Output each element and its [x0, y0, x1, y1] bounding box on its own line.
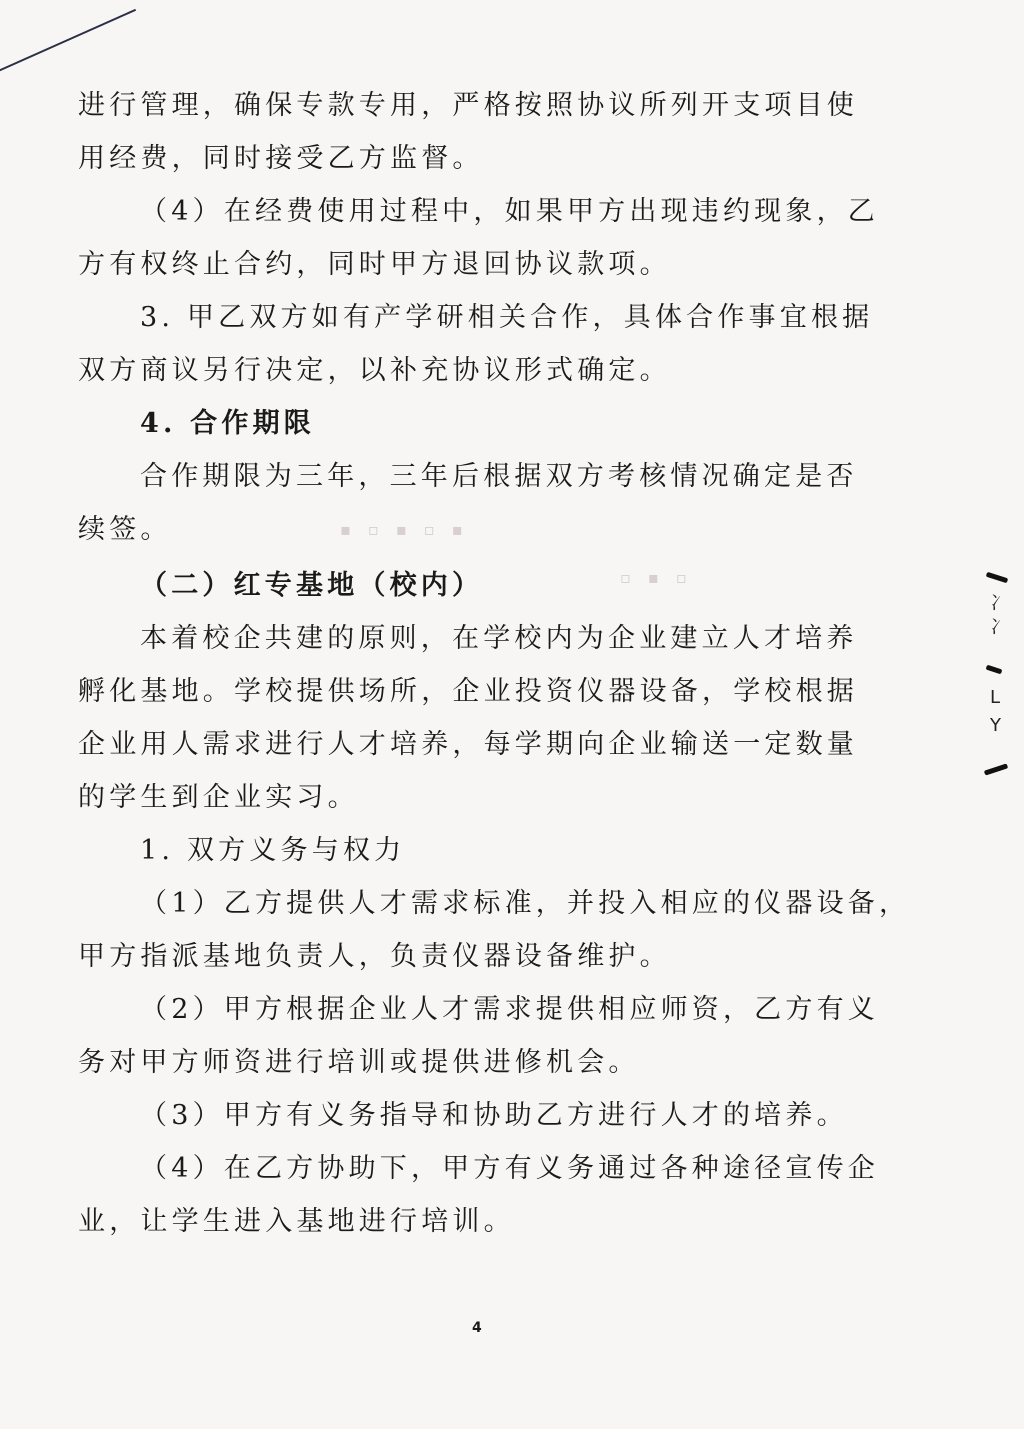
paragraph-line: （4）在经费使用过程中，如果甲方出现违约现象，乙 — [78, 198, 879, 225]
paragraph-line: （1）乙方提供人才需求标准，并投入相应的仪器设备， — [78, 890, 910, 917]
paragraph-line: 3. 甲乙双方如有产学研相关合作，具体合作事宜根据 — [78, 304, 873, 331]
paragraph-line: 双方商议另行决定，以补充协议形式确定。 — [78, 357, 671, 384]
stamp-bracket-mid — [986, 665, 1003, 675]
paragraph-line: 方有权终止合约，同时甲方退回协议款项。 — [78, 251, 671, 278]
paragraph-line: （3）甲方有义务指导和协助乙方进行人才的培养。 — [78, 1102, 848, 1129]
bleed-through-text: ▫ ▪ ▫ — [620, 568, 693, 587]
stamp-glyph: 冫 — [990, 589, 1008, 615]
paragraph-line: 进行管理，确保专款专用，严格按照协议所列开支项目使 — [78, 92, 858, 119]
page-edge-line — [0, 9, 136, 80]
stamp-glyph: Y — [990, 715, 1001, 736]
page-number: 4 — [472, 1320, 482, 1336]
bleed-through-text: ▪ ▫ ▪ ▫ ▪ — [340, 520, 469, 539]
paragraph-line: 续签。 — [78, 516, 172, 543]
paragraph-line: 业，让学生进入基地进行培训。 — [78, 1208, 515, 1235]
paragraph-line: 孵化基地。学校提供场所，企业投资仪器设备，学校根据 — [78, 678, 858, 705]
section-heading: 4. 合作期限 — [78, 410, 315, 437]
stamp-glyph: 冫 — [990, 613, 1008, 639]
paragraph-line: 务对甲方师资进行培训或提供进修机会。 — [78, 1049, 640, 1076]
seal-stamp-edge: 冫 冫 L Y — [982, 575, 1022, 785]
stamp-glyph: L — [990, 687, 1000, 708]
subsection-heading: 1. 双方义务与权力 — [78, 837, 405, 864]
paragraph-line: 企业用人需求进行人才培养，每学期向企业输送一定数量 — [78, 731, 858, 758]
paragraph-line: （2）甲方根据企业人才需求提供相应师资，乙方有义 — [78, 996, 879, 1023]
paragraph-line: 的学生到企业实习。 — [78, 784, 359, 811]
section-heading: （二）红专基地（校内） — [78, 572, 483, 599]
paragraph-line: （4）在乙方协助下，甲方有义务通过各种途径宣传企 — [78, 1155, 879, 1182]
stamp-bracket-top — [986, 572, 1008, 584]
paragraph-line: 合作期限为三年，三年后根据双方考核情况确定是否 — [78, 463, 858, 490]
paragraph-line: 用经费，同时接受乙方监督。 — [78, 145, 484, 172]
paragraph-line: 甲方指派基地负责人，负责仪器设备维护。 — [78, 943, 671, 970]
paragraph-line: 本着校企共建的原则，在学校内为企业建立人才培养 — [78, 625, 858, 652]
stamp-bracket-bottom — [984, 763, 1008, 775]
